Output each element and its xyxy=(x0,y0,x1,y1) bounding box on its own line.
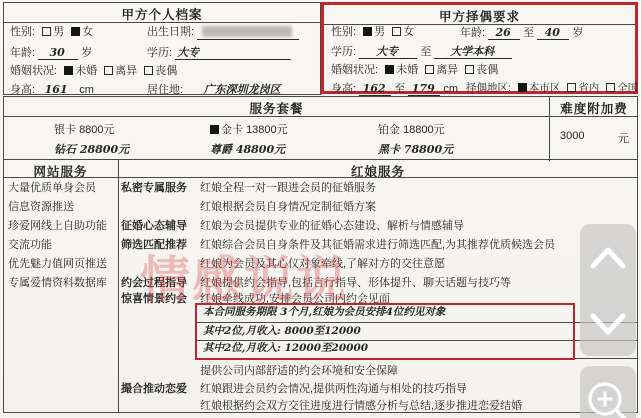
education-label: 学历: xyxy=(147,47,172,59)
male-label: 男 xyxy=(374,26,385,38)
age-label: 年龄: xyxy=(460,27,485,39)
surcharge-title: 难度附加费 xyxy=(549,99,639,117)
checkbox-unmarried xyxy=(64,66,73,75)
to-label: 至 xyxy=(394,83,405,95)
checkbox-divorced xyxy=(425,65,434,74)
scroll-control xyxy=(580,224,636,356)
height-field-a: 身高: 161 cm xyxy=(10,83,94,97)
age-field-a: 年龄: 30 岁 xyxy=(10,46,92,60)
region-local-label: 本市区 xyxy=(529,82,561,94)
height-unit: cm xyxy=(443,83,458,95)
checkbox-region-province xyxy=(567,83,576,92)
age-unit: 岁 xyxy=(572,27,583,39)
package-price: 78800元 xyxy=(404,143,453,156)
service-label: 私密专属服务 xyxy=(121,182,187,195)
divorced-label: 离异 xyxy=(436,64,458,76)
checkbox-unmarried xyxy=(385,65,394,74)
requirements-title: 甲方择偶要求 xyxy=(324,5,635,25)
height-range-field: 身高: 162 至 179 cm xyxy=(331,82,458,96)
checkbox-female xyxy=(392,27,401,36)
marital-label: 婚姻状况: xyxy=(10,65,57,77)
service-desc: 红娘根据会员自身情况定制征婚方案 xyxy=(200,201,376,214)
package-name: 黑卡 xyxy=(378,143,400,156)
female-label: 女 xyxy=(82,26,93,38)
service-desc: 红娘跟进会员约会情况,提供两性沟通与相处的技巧指导 xyxy=(200,383,467,396)
marital-field-a: 婚姻状况: 未婚 离异 丧偶 xyxy=(10,65,177,78)
package-price: 8800元 xyxy=(79,124,114,136)
education-field-a: 学历: 大专 xyxy=(147,46,291,60)
list-item: 大量优质单身会员 xyxy=(8,182,96,195)
service-label: 惊喜情景约会 xyxy=(121,293,187,306)
package-price: 48800元 xyxy=(236,143,285,156)
service-desc: 红娘全程一对一跟进会员的征婚服务 xyxy=(200,182,376,195)
package-silver: 银卡 8800元 xyxy=(54,121,115,137)
gender-label: 性别: xyxy=(10,26,35,38)
package-price: 13800元 xyxy=(246,124,288,136)
header-divider xyxy=(3,177,638,178)
divorced-label: 离异 xyxy=(115,65,137,77)
education-value: 大专 xyxy=(175,46,291,60)
residence-field: 居住地: 广东深圳龙岗区 xyxy=(147,83,300,97)
unmarried-label: 未婚 xyxy=(396,64,418,76)
column-divider xyxy=(118,160,119,413)
age-label: 年龄: xyxy=(10,47,35,59)
service-desc: 红娘为会员提供专业的征婚心态建设、解析与情感辅导 xyxy=(200,220,464,233)
package-name: 金卡 xyxy=(221,124,243,136)
age-unit: 岁 xyxy=(81,47,92,59)
gender-field-a: 性别: 男 女 xyxy=(10,26,93,39)
package-name: 尊爵 xyxy=(210,143,232,156)
list-item: 专属爱情资料数据库 xyxy=(8,277,107,290)
service-packages-band: 服务套餐 难度附加费 银卡 8800元 金卡 13800元 铂金 18800元 … xyxy=(3,96,638,160)
list-item: 优先魅力值网页推送 xyxy=(8,258,107,271)
service-label: 筛选匹配推荐 xyxy=(121,239,187,252)
package-price: 18800元 xyxy=(403,124,445,136)
package-diamond: 钻石 28800元 xyxy=(54,141,129,157)
list-item: 交流功能 xyxy=(8,239,52,252)
service-desc: 红娘提供约会指导,包括言行指导、形体提升、聊天话题与技巧等 xyxy=(200,277,511,290)
service-desc: 红娘根据约会双方交往进度进行情感分析与总结,逐步推进恋爱结婚 xyxy=(200,400,522,413)
residence-value: 广东深圳龙岗区 xyxy=(186,83,300,97)
age-to: 40 xyxy=(537,26,569,40)
service-desc: 红娘为会员及其心仪对象牵线,了解对方的交往意愿 xyxy=(200,258,445,271)
checkbox-divorced xyxy=(104,66,113,75)
checkbox-package-gold xyxy=(210,125,219,134)
service-label: 撮合推动恋爱 xyxy=(121,383,187,396)
height-unit: cm xyxy=(79,84,94,96)
gender-label: 性别: xyxy=(331,26,356,38)
package-gold: 金卡 13800元 xyxy=(210,121,288,137)
surcharge-divider xyxy=(549,97,550,161)
education-from: 大专 xyxy=(359,45,417,59)
checkbox-widowed xyxy=(465,65,474,74)
checkbox-female xyxy=(71,27,80,36)
magnifier-plus-icon xyxy=(580,366,636,418)
service-desc: 红娘综合会员自身条件及其征婚需求进行筛选匹配,为其推荐优质候选会员 xyxy=(200,239,555,252)
chevron-up-icon[interactable] xyxy=(593,250,623,266)
left-border xyxy=(3,160,4,413)
checkbox-male xyxy=(363,27,372,36)
region-province-label: 省内 xyxy=(578,82,599,94)
scroll-icons xyxy=(580,224,636,356)
surcharge-unit: 元 xyxy=(618,130,629,146)
checkbox-male xyxy=(42,27,51,36)
female-label: 女 xyxy=(403,26,414,38)
gender-field-b: 性别: 男 女 xyxy=(331,26,414,39)
checkbox-region-local xyxy=(518,83,527,92)
education-label: 学历: xyxy=(331,46,356,58)
packages-header-row: 服务套餐 难度附加费 xyxy=(4,97,637,117)
package-name: 钻石 xyxy=(54,143,76,156)
widowed-label: 丧偶 xyxy=(476,64,498,76)
contract-highlight-box xyxy=(195,303,575,360)
list-item: 珍爱网线上自助功能 xyxy=(8,220,107,233)
party-a-title: 甲方个人档案 xyxy=(4,3,320,23)
height-to: 179 xyxy=(408,82,440,96)
education-range-field: 学历: 大专 至 大学本科 xyxy=(331,45,512,59)
region-label: 择偶地区: xyxy=(466,82,511,94)
unmarried-label: 未婚 xyxy=(75,65,97,77)
education-to: 大学本科 xyxy=(434,45,512,59)
service-label: 约会过程指导 xyxy=(121,277,187,290)
male-label: 男 xyxy=(53,26,64,38)
birthdate-label: 出生日期: xyxy=(147,26,194,38)
residence-label: 居住地: xyxy=(147,84,183,96)
checkbox-region-national xyxy=(606,83,615,92)
package-noble: 尊爵 48800元 xyxy=(210,141,285,157)
checkbox-widowed xyxy=(144,66,153,75)
zoom-control[interactable] xyxy=(580,366,636,418)
chevron-down-icon[interactable] xyxy=(593,316,623,332)
region-national-label: 全国 xyxy=(617,82,638,94)
marital-field-b: 婚姻状况: 未婚 离异 丧偶 xyxy=(331,64,498,77)
package-price: 28800元 xyxy=(80,143,129,156)
packages-title: 服务套餐 xyxy=(4,99,549,117)
surcharge-value: 3000 xyxy=(560,130,584,142)
package-black: 黑卡 78800元 xyxy=(378,141,453,157)
age-from: 26 xyxy=(488,26,520,40)
birthdate-field: 出生日期: xyxy=(147,26,299,40)
widowed-label: 丧偶 xyxy=(155,65,177,77)
package-name: 银卡 xyxy=(54,124,76,136)
region-field: 择偶地区: 本市区 省内 全国 xyxy=(466,82,638,95)
party-a-requirements-panel: 甲方择偶要求 性别: 男 女 年龄: 26 至 40 岁 学历: 大专 至 大学… xyxy=(321,2,638,94)
age-value: 30 xyxy=(38,46,78,60)
to-label: 至 xyxy=(523,27,534,39)
height-label: 身高: xyxy=(331,83,356,95)
age-range-field: 年龄: 26 至 40 岁 xyxy=(460,26,583,40)
scanned-matchmaking-contract: 情感说说 甲方个人档案 性别: 男 女 出生日期: 年龄: 30 岁 学历: 大… xyxy=(0,0,641,418)
marital-label: 婚姻状况: xyxy=(331,64,378,76)
height-value: 161 xyxy=(38,83,76,97)
height-label: 身高: xyxy=(10,84,35,96)
package-name: 铂金 xyxy=(378,124,400,136)
height-from: 162 xyxy=(359,82,391,96)
birthdate-redacted xyxy=(202,26,292,37)
package-platinum: 铂金 18800元 xyxy=(378,121,445,137)
list-item: 信息资源推送 xyxy=(8,201,74,214)
party-a-profile-panel: 甲方个人档案 性别: 男 女 出生日期: 年龄: 30 岁 学历: 大专 婚姻状… xyxy=(3,2,321,95)
service-label: 征婚心态辅导 xyxy=(121,220,187,233)
service-desc: 提供公司内部舒适的约会环境和安全保障 xyxy=(200,365,398,378)
to-label: 至 xyxy=(420,46,431,58)
